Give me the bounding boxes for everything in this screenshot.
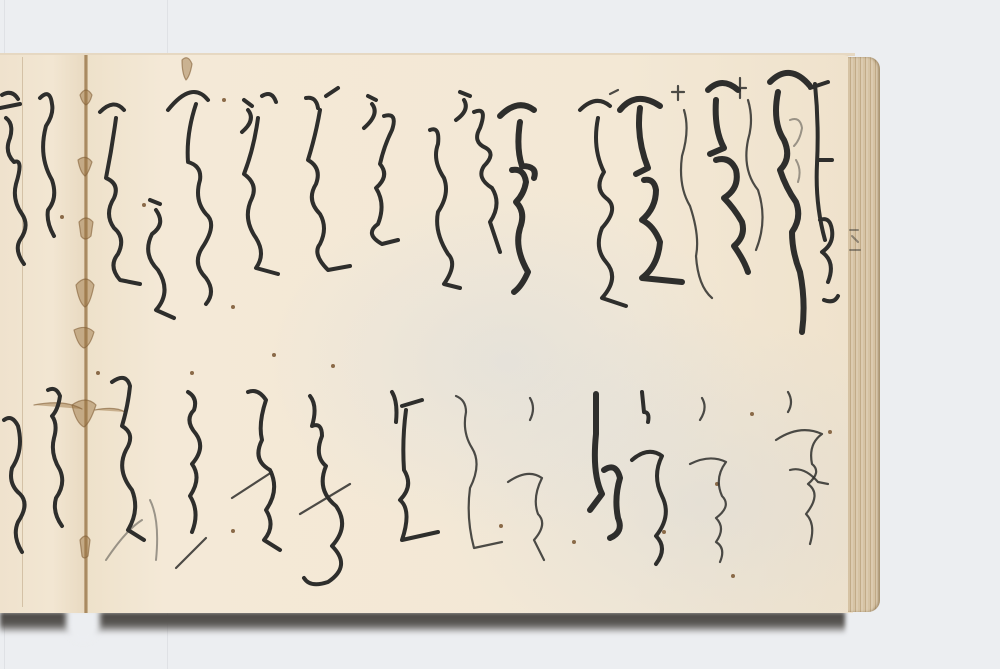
right-page-upper-calligraphy [100,73,838,332]
photo-stage: Photograph of an open Edo-period style h… [0,0,1000,669]
edge-marks [850,230,860,250]
calligraphy-layer [0,0,1000,669]
left-page-calligraphy [0,93,62,552]
right-page-lower-calligraphy [106,378,828,584]
wormholes [60,98,832,578]
